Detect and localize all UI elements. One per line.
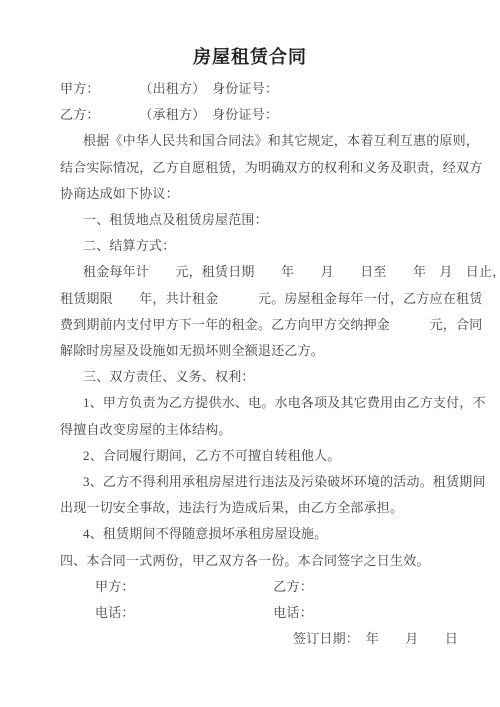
rent-terms-line-3: 费到期前内支付甲方下一年的租金。乙方向甲方交纳押金 元，合同 [60,312,500,338]
section-3-heading: 三、双方责任、义务、权利： [60,364,500,390]
section-1-heading: 一、租赁地点及租赁房屋范围： [60,207,500,233]
signature-phones-line: 电话： 电话： [60,600,500,626]
signing-date-line: 签订日期： 年 月 日 [60,626,500,652]
preamble-line-2: 结合实际情况，乙方自愿租赁，为明确双方的权利和义务及职责，经双方 [60,155,500,181]
section-2-heading: 二、结算方式： [60,233,500,259]
rent-terms-line-1: 租金每年计 元，租赁日期 年 月 日至 年 月 日止， [60,259,500,285]
clause-4-line: 4、租赁期间不得随意损坏承租房屋设施。 [60,521,500,547]
contract-body: 甲方： （出租方） 身份证号： 乙方： （承租方） 身份证号： 根据《中华人民共… [0,76,500,652]
party-a-header-line: 甲方： （出租方） 身份证号： [60,76,500,102]
clause-1-line-2: 得擅自改变房屋的主体结构。 [60,417,500,443]
preamble-line-3: 协商达成如下协议： [60,181,500,207]
document-title: 房屋租赁合同 [0,0,500,69]
clause-2-line: 2、合同履行期间，乙方不可擅自转租他人。 [60,443,500,469]
clause-3-line-1: 3、乙方不得利用承租房屋进行违法及污染破坏环境的活动。租赁期间 [60,469,500,495]
clause-3-line-2: 出现一切安全事故，违法行为造成后果，由乙方全部承担。 [60,495,500,521]
rent-terms-line-4: 解除时房屋及设施如无损坏则全额退还乙方。 [60,338,500,364]
section-4-line: 四、本合同一式两份，甲乙双方各一份。本合同签字之日生效。 [60,548,500,574]
preamble-line-1: 根据《中华人民共和国合同法》和其它规定，本着互利互惠的原则， [60,128,500,154]
rent-terms-line-2: 租赁期限 年，共计租金 元。房屋租金每年一付，乙方应在租赁 [60,286,500,312]
contract-page: 房屋租赁合同 甲方： （出租方） 身份证号： 乙方： （承租方） 身份证号： 根… [0,0,500,707]
signature-names-line: 甲方： 乙方： [60,574,500,600]
clause-1-line-1: 1、甲方负责为乙方提供水、电。水电各项及其它费用由乙方支付，不 [60,390,500,416]
party-b-header-line: 乙方： （承租方） 身份证号： [60,102,500,128]
